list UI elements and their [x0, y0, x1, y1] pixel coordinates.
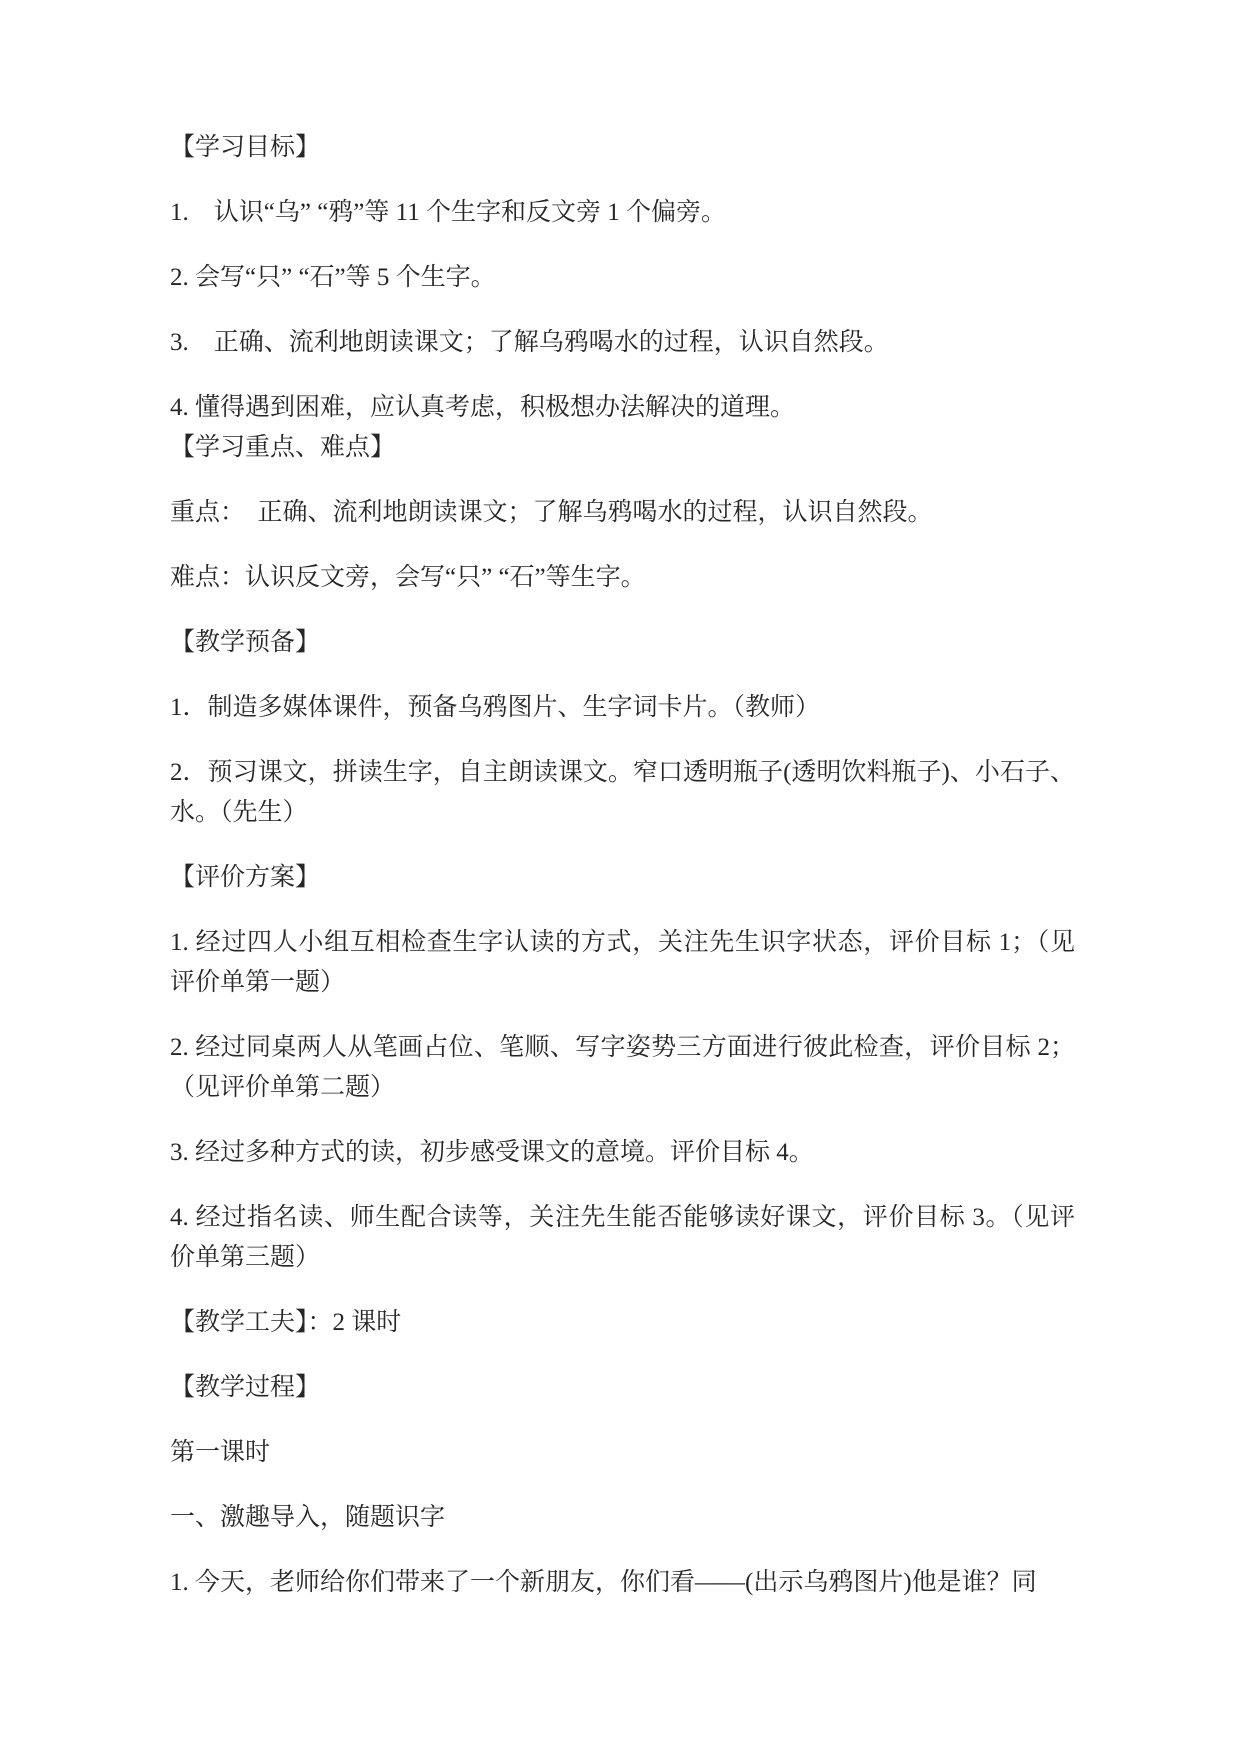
para-goal-4: 4. 懂得遇到困难，应认真考虑，积极想办法解决的道理。: [170, 388, 1075, 428]
para-prep-2: 2．预习课文，拼读生字，自主朗读课文。窄口透明瓶子(透明饮料瓶子)、小石子、水。…: [170, 753, 1075, 833]
para-eval-3: 3. 经过多种方式的读，初步感受课文的意境。评价目标 4。: [170, 1133, 1075, 1173]
heading-learning-goals: 【学习目标】: [170, 128, 1075, 168]
document-page: 【学习目标】 1. 认识“乌” “鸦”等 11 个生字和反文旁 1 个偏旁。 2…: [170, 128, 1075, 1628]
heading-key-difficult-points: 【学习重点、难点】: [170, 428, 1075, 468]
heading-teaching-time: 【教学工夫】：2 课时: [170, 1303, 1075, 1343]
para-eval-1: 1. 经过四人小组互相检查生字认读的方式，关注先生识字状态，评价目标 1；（见评…: [170, 923, 1075, 1003]
heading-teaching-preparation: 【教学预备】: [170, 623, 1075, 663]
para-eval-2: 2. 经过同桌两人从笔画占位、笔顺、写字姿势三方面进行彼此检查，评价目标 2；（…: [170, 1028, 1075, 1108]
para-difficult-point: 难点：认识反文旁，会写“只” “石”等生字。: [170, 558, 1075, 598]
para-eval-4: 4. 经过指名读、师生配合读等，关注先生能否能够读好课文，评价目标 3。（见评价…: [170, 1198, 1075, 1278]
heading-teaching-process: 【教学过程】: [170, 1368, 1075, 1408]
para-goal-3: 3. 正确、流利地朗读课文；了解乌鸦喝水的过程，认识自然段。: [170, 323, 1075, 363]
para-lesson-1-title: 第一课时: [170, 1433, 1075, 1473]
para-activity-1-title: 一、激趣导入，随题识字: [170, 1498, 1075, 1538]
para-prep-1: 1．制造多媒体课件，预备乌鸦图片、生字词卡片。（教师）: [170, 688, 1075, 728]
para-goal-2: 2. 会写“只” “石”等 5 个生字。: [170, 258, 1075, 298]
para-activity-1-step-1: 1. 今天，老师给你们带来了一个新朋友，你们看——(出示乌鸦图片)他是谁？同: [170, 1563, 1075, 1603]
para-key-point: 重点： 正确、流利地朗读课文；了解乌鸦喝水的过程，认识自然段。: [170, 493, 1075, 533]
para-goal-1: 1. 认识“乌” “鸦”等 11 个生字和反文旁 1 个偏旁。: [170, 193, 1075, 233]
heading-evaluation-plan: 【评价方案】: [170, 858, 1075, 898]
